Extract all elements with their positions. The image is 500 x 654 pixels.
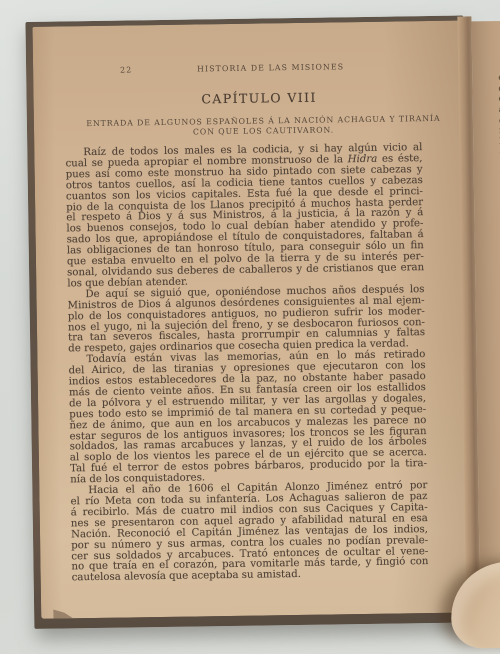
body-text: Raíz de todos los males es la codicia, y… xyxy=(65,143,428,584)
worn-page-corner xyxy=(53,605,73,618)
text-line: cautelosa alevosía que aceptaba su amist… xyxy=(72,568,429,584)
book-left-page: 22 HISTORIA DE LAS MISIONES CAPÍTULO VII… xyxy=(32,21,469,619)
paragraph: Todavía están vivas las memorias, aún en… xyxy=(68,350,427,486)
paragraph: De aquí se siguió que, oponiéndose mucho… xyxy=(67,285,425,356)
running-title: HISTORIA DE LAS MISIONES xyxy=(92,61,449,75)
paragraph: Raíz de todos los males es la codicia, y… xyxy=(65,143,424,290)
chapter-heading: CAPÍTULO VIII xyxy=(80,89,437,108)
photo-scene: 22 HISTORIA DE LAS MISIONES CAPÍTULO VII… xyxy=(0,0,500,654)
chapter-subtitle: ENTRADA DE ALGUNOS ESPAÑOLES Á LA NACIÓN… xyxy=(85,114,442,139)
open-book: 22 HISTORIA DE LAS MISIONES CAPÍTULO VII… xyxy=(21,10,500,648)
paragraph: Hacia el año de 1606 el Capitán Alonzo J… xyxy=(70,481,428,584)
running-head: 22 HISTORIA DE LAS MISIONES xyxy=(64,61,421,78)
